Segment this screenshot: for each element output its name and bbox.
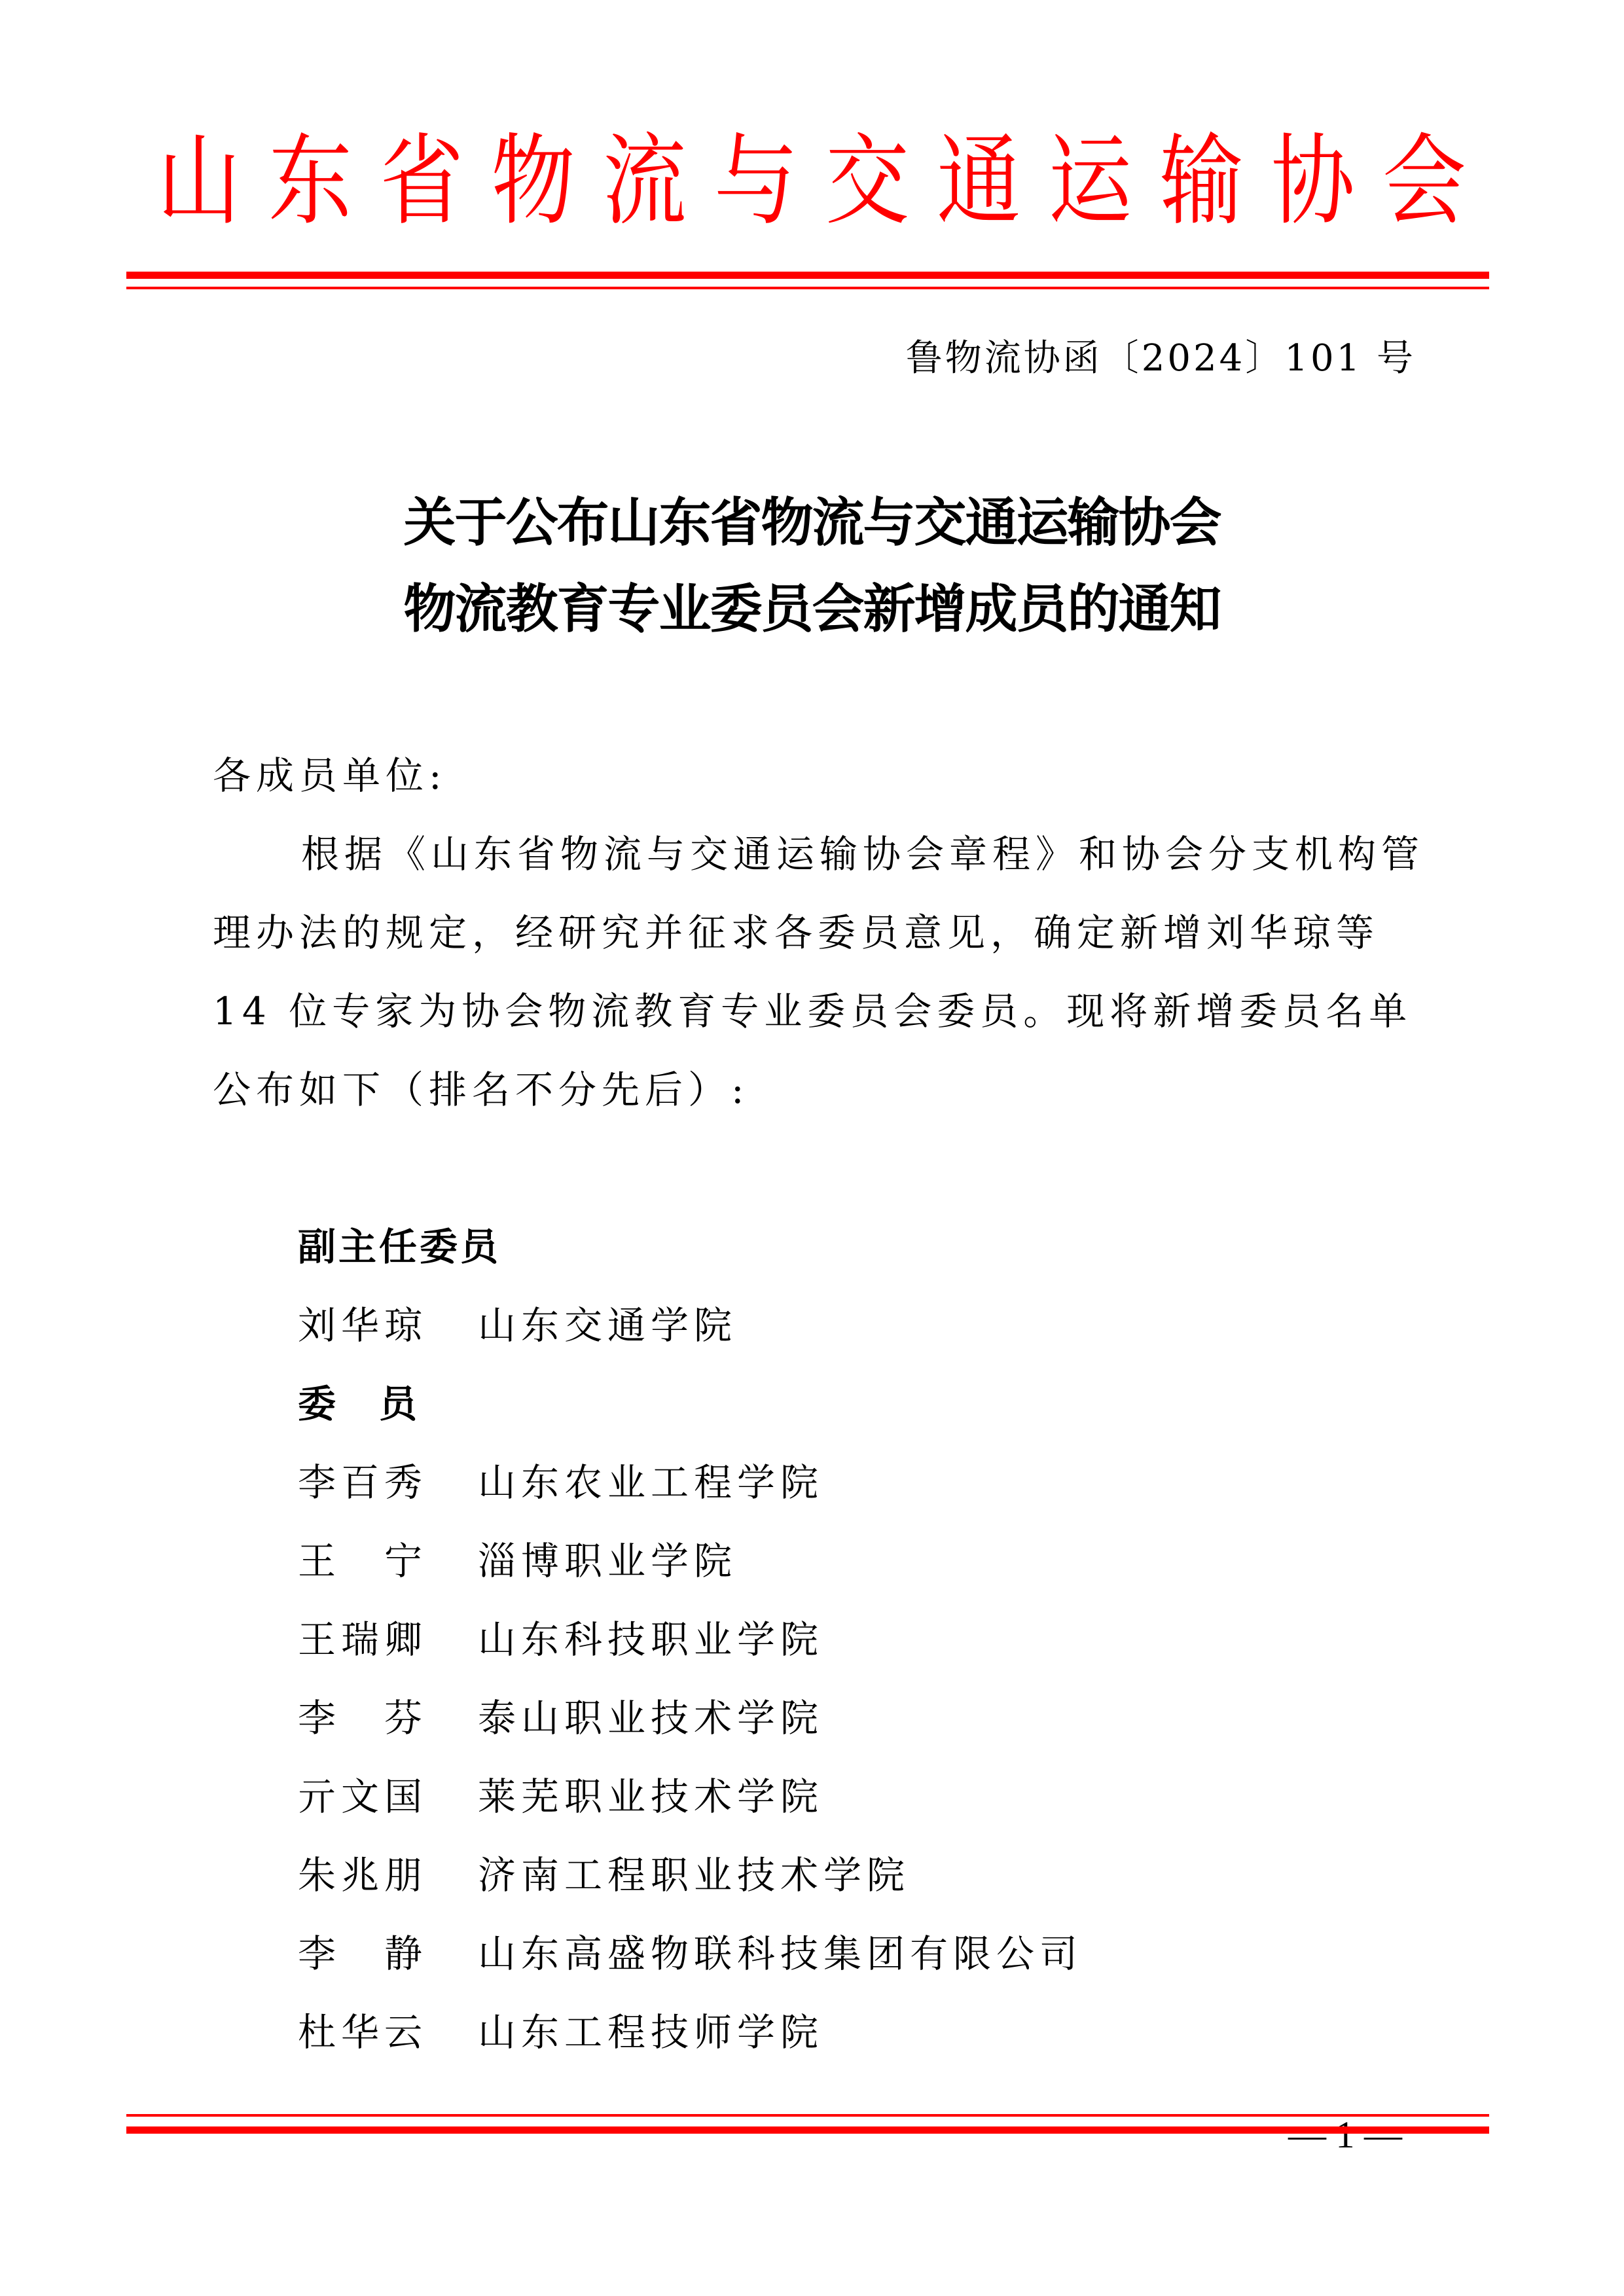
member-organization: 山东科技职业学院 bbox=[478, 1600, 823, 1679]
letterhead-char: 交 bbox=[825, 132, 909, 231]
section-heading-vice-chair: 副主任委员 bbox=[298, 1208, 501, 1286]
member-organization: 山东农业工程学院 bbox=[478, 1443, 823, 1522]
document-number: 鲁物流协函〔2024〕101 号 bbox=[906, 332, 1416, 385]
member-organization: 淄博职业学院 bbox=[478, 1522, 737, 1600]
letterhead-char: 输 bbox=[1160, 132, 1244, 231]
document-title-line-2: 物流教育专业委员会新增成员的通知 bbox=[0, 576, 1624, 641]
member-row: 杜华云 山东工程技师学院 bbox=[298, 1993, 823, 2072]
member-row: 亓文国 莱芜职业技术学院 bbox=[298, 1757, 823, 1836]
member-name: 亓文国 bbox=[298, 1757, 478, 1836]
letterhead-char: 运 bbox=[1048, 132, 1132, 231]
document-title-line-1: 关于公布山东省物流与交通运输协会 bbox=[0, 490, 1624, 555]
member-organization: 山东工程技师学院 bbox=[478, 1993, 823, 2072]
member-name: 李 芬 bbox=[298, 1679, 478, 1757]
member-name: 王瑞卿 bbox=[298, 1600, 478, 1679]
member-organization: 山东交通学院 bbox=[478, 1286, 737, 1365]
body-paragraph-line: 14 位专家为协会物流教育专业委员会委员。现将新增委员名单 bbox=[213, 972, 1420, 1050]
member-row: 朱兆朋 济南工程职业技术学院 bbox=[298, 1836, 910, 1914]
body-paragraph-line: 理办法的规定，经研究并征求各委员意见，确定新增刘华琼等 bbox=[213, 893, 1420, 972]
letterhead-char: 物 bbox=[492, 132, 575, 231]
letterhead-char: 山 bbox=[157, 132, 241, 231]
page-number: — 1 — bbox=[1283, 2114, 1407, 2156]
body-paragraph-line: 公布如下（排名不分先后）: bbox=[213, 1050, 1420, 1129]
member-name: 朱兆朋 bbox=[298, 1836, 478, 1914]
member-name: 杜华云 bbox=[298, 1993, 478, 2072]
member-name: 刘华琼 bbox=[298, 1286, 478, 1365]
letterhead-char: 流 bbox=[603, 132, 687, 231]
body-paragraph-line: 根据《山东省物流与交通运输协会章程》和协会分支机构管 bbox=[301, 815, 1509, 893]
salutation: 各成员单位: bbox=[213, 736, 1420, 815]
member-row: 王瑞卿 山东科技职业学院 bbox=[298, 1600, 823, 1679]
member-row: 王 宁 淄博职业学院 bbox=[298, 1522, 737, 1600]
member-row: 李百秀 山东农业工程学院 bbox=[298, 1443, 823, 1522]
member-organization: 泰山职业技术学院 bbox=[478, 1679, 823, 1757]
member-row: 李 静 山东高盛物联科技集团有限公司 bbox=[298, 1914, 1083, 1993]
letterhead-char: 会 bbox=[1382, 132, 1466, 231]
section-heading-members: 委 员 bbox=[298, 1365, 420, 1443]
member-name: 李百秀 bbox=[298, 1443, 478, 1522]
member-organization: 莱芜职业技术学院 bbox=[478, 1757, 823, 1836]
member-name: 王 宁 bbox=[298, 1522, 478, 1600]
footer-red-rule-thick bbox=[126, 2126, 1489, 2134]
header-red-rule-thin bbox=[126, 287, 1489, 289]
header-red-rule-thick bbox=[126, 272, 1489, 279]
letterhead-char: 通 bbox=[937, 132, 1020, 231]
member-row: 李 芬 泰山职业技术学院 bbox=[298, 1679, 823, 1757]
letterhead-char: 东 bbox=[268, 132, 352, 231]
letterhead-organization-name: 山 东 省 物 流 与 交 通 运 输 协 会 bbox=[157, 124, 1466, 239]
letterhead-char: 与 bbox=[714, 132, 798, 231]
letterhead-char: 省 bbox=[380, 132, 463, 231]
member-name: 李 静 bbox=[298, 1914, 478, 1993]
member-row: 刘华琼 山东交通学院 bbox=[298, 1286, 737, 1365]
letterhead-char: 协 bbox=[1271, 132, 1355, 231]
member-organization: 山东高盛物联科技集团有限公司 bbox=[478, 1914, 1083, 1993]
member-organization: 济南工程职业技术学院 bbox=[478, 1836, 910, 1914]
